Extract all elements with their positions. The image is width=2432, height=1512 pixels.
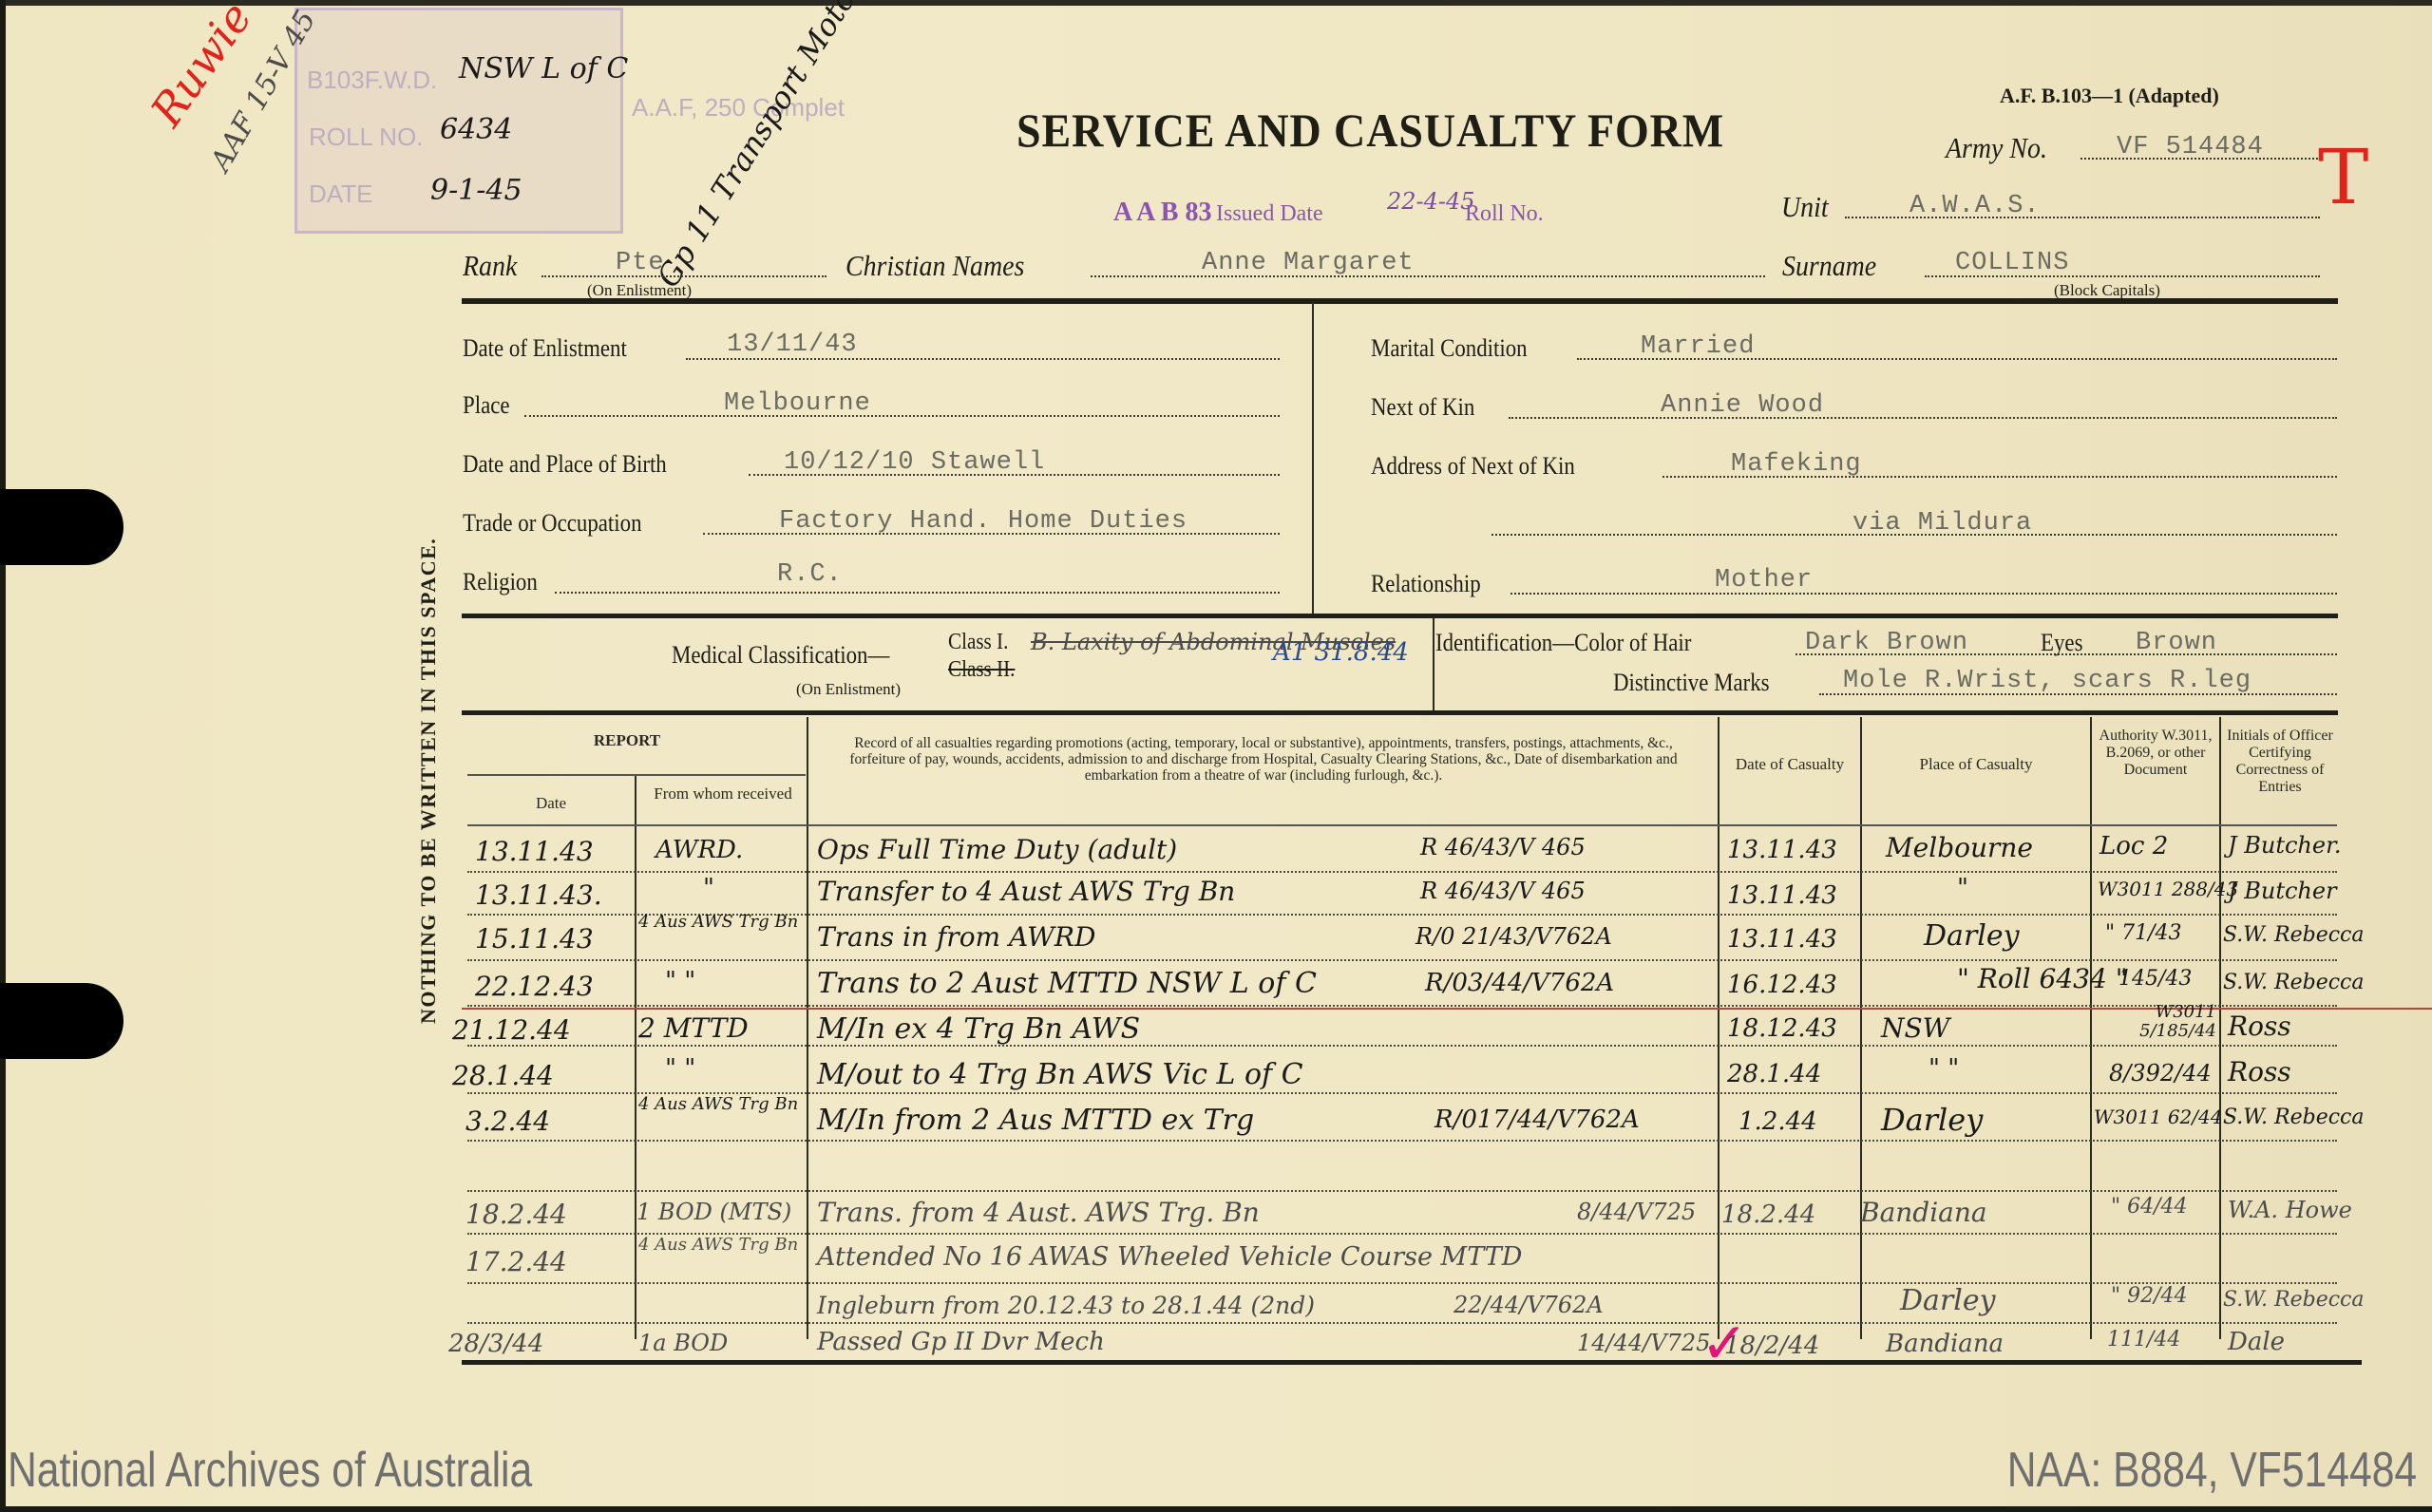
authority-header: Authority W.3011, B.2069, or other Docum… <box>2094 728 2217 779</box>
report-header: REPORT <box>513 731 741 749</box>
marks-value: Mole R.Wrist, scars R.leg <box>1843 667 2251 695</box>
row-initials: S.W. Rebecca <box>2223 1288 2364 1312</box>
row-from: AWRD. <box>655 836 743 864</box>
col-divider-date <box>635 774 636 1339</box>
birth-value: 10/12/10 Stawell <box>784 448 1045 477</box>
row-from: " <box>703 874 714 902</box>
row-date-casualty: 13.11.43 <box>1727 881 1837 910</box>
punch-hole-upper <box>0 489 123 565</box>
row-date-casualty: 13.11.43 <box>1727 925 1837 954</box>
christian-names-label: Christian Names <box>845 249 1024 283</box>
row-record: Ops Full Time Duty (adult) <box>817 834 1177 865</box>
row-date: 13.11.43. <box>475 879 602 911</box>
next-of-kin-label: Next of Kin <box>1371 393 1474 422</box>
row-initials: S.W. Rebecca <box>2223 1106 2364 1129</box>
row-line <box>467 1045 2337 1047</box>
row-initials: Ross <box>2228 1011 2291 1042</box>
enlistment-date-value: 13/11/43 <box>727 331 858 359</box>
medical-label: Medical Classification— <box>672 641 889 670</box>
medical-sublabel: (On Enlistment) <box>796 680 901 699</box>
class-one: Class I. <box>948 630 1008 655</box>
col-divider-from <box>807 717 808 1339</box>
row-place: Bandiana <box>1860 1197 1987 1228</box>
rank-line <box>541 275 826 277</box>
enlistment-date-label: Date of Enlistment <box>463 334 627 363</box>
date-casualty-header: Date of Casualty <box>1721 755 1858 773</box>
row-place: Darley <box>1900 1284 1996 1317</box>
row-from: 1a BOD <box>638 1330 728 1356</box>
row-date: 22.12.43 <box>475 971 594 1002</box>
row-record: M/out to 4 Trg Bn AWS Vic L of C <box>817 1058 1303 1091</box>
rank-value: Pte <box>616 249 665 277</box>
form-reference: A.F. B.103—1 (Adapted) <box>2000 84 2219 108</box>
card-edge-left <box>0 0 6 1512</box>
row-line <box>467 1190 2337 1192</box>
army-no-value: VF 514484 <box>2117 133 2264 161</box>
col-divider-place <box>2090 717 2092 1339</box>
row-authority: " 64/44 <box>2111 1195 2188 1219</box>
place-label: Place <box>463 391 510 420</box>
place-value: Melbourne <box>724 389 871 418</box>
row-record: M/In from 2 Aus MTTD ex Trg <box>817 1104 1254 1137</box>
row-date: 28/3/44 <box>448 1330 543 1358</box>
roll-no-label: ROLL NO. <box>309 123 423 152</box>
row-from: 4 Aus AWS Trg Bn <box>638 912 800 933</box>
surname-sublabel: (Block Capitals) <box>2054 281 2160 300</box>
card-edge-top <box>0 0 2432 6</box>
row-initials: J Butcher. <box>2228 832 2342 859</box>
row-place: Darley <box>1881 1102 1983 1138</box>
row-initials: W.A. Howe <box>2228 1197 2352 1223</box>
rank-label: Rank <box>463 249 517 283</box>
relationship-line <box>1510 593 2337 595</box>
row-initials: S.W. Rebecca <box>2223 971 2364 994</box>
medical-divider <box>1433 617 1434 712</box>
eyes-value: Brown <box>2136 629 2217 657</box>
row-from: " " <box>665 967 695 995</box>
hair-value: Dark Brown <box>1805 629 1968 657</box>
row-line <box>467 1140 2337 1142</box>
row-date-casualty: 18.12.43 <box>1727 1014 1837 1043</box>
stamp-date-value: 9-1-45 <box>430 174 522 207</box>
place-line <box>524 415 1280 417</box>
row-from: " " <box>665 1054 695 1083</box>
row-record: Ingleburn from 20.12.43 to 28.1.44 (2nd) <box>817 1292 1315 1319</box>
row-from: 4 Aus AWS Trg Bn <box>638 1094 800 1115</box>
header-rule <box>462 298 2338 304</box>
initials-header: Initials of Officer Certifying Correctne… <box>2223 728 2337 796</box>
row-date-casualty: 16.12.43 <box>1727 971 1837 999</box>
christian-names-value: Anne Margaret <box>1202 249 1415 277</box>
surname-label: Surname <box>1782 249 1876 283</box>
personal-divider <box>1312 302 1314 615</box>
report-subrule <box>467 774 806 776</box>
row-authority: 111/44 <box>2107 1328 2180 1351</box>
aab-issued-label: Issued Date <box>1216 201 1323 227</box>
row-ref: R/03/44/V762A <box>1425 969 1614 997</box>
row-date-casualty: 18/2/44 <box>1724 1332 1819 1360</box>
row-record: Passed Gp II Dvr Mech <box>817 1328 1105 1356</box>
row-authority: " 92/44 <box>2111 1284 2188 1308</box>
row-place: Darley <box>1924 919 2020 953</box>
occupation-label: Trade or Occupation <box>463 509 642 538</box>
row-record: Trans. from 4 Aust. AWS Trg. Bn <box>817 1197 1260 1228</box>
surname-value: COLLINS <box>1955 249 2069 277</box>
table-header-rule <box>467 824 2337 826</box>
row-record: M/In ex 4 Trg Bn AWS <box>817 1012 1140 1046</box>
row-ref: 8/44/V725 <box>1577 1199 1696 1225</box>
record-header: Record of all casualties regarding promo… <box>845 735 1681 784</box>
from-whom-header: From whom received <box>642 784 804 803</box>
row-date: 28.1.44 <box>452 1060 554 1091</box>
place-casualty-header: Place of Casualty <box>1864 755 2088 773</box>
row-place: " Roll 6434 " <box>1957 963 2128 994</box>
aab-issued-value: 22-4-45 <box>1387 188 1475 215</box>
row-date-casualty: 1.2.44 <box>1738 1107 1817 1136</box>
medical-rule <box>462 710 2338 715</box>
row-date-casualty: 13.11.43 <box>1727 836 1837 864</box>
next-of-kin-value: Annie Wood <box>1661 391 1824 420</box>
row-date: 21.12.44 <box>452 1014 571 1046</box>
row-date: 13.11.43 <box>475 836 594 867</box>
row-authority: 145/43 <box>2118 967 2192 991</box>
row-authority: W3011 288/43 <box>2098 878 2238 900</box>
row-ref: R/017/44/V762A <box>1434 1106 1640 1134</box>
archive-reference: NAA: B884, VF514484 <box>2007 1442 2417 1499</box>
next-of-kin-line <box>1509 417 2337 419</box>
card-edge-bottom <box>0 1506 2432 1512</box>
row-initials: Dale <box>2228 1328 2285 1356</box>
row-record: Trans to 2 Aust MTTD NSW L of C <box>817 967 1317 1000</box>
row-ref: 14/44/V725 <box>1577 1330 1710 1356</box>
row-record: Trans in from AWRD <box>817 921 1095 953</box>
fwd-stamp: B103F.W.D. NSW L of C ROLL NO. 6434 DATE… <box>294 8 623 234</box>
religion-label: Religion <box>463 568 538 596</box>
row-ref: 22/44/V762A <box>1453 1292 1604 1318</box>
row-initials: J Butcher <box>2228 878 2337 904</box>
religion-value: R.C. <box>777 560 843 589</box>
col-divider-record <box>1718 717 1719 1339</box>
fwd-stamp-label: B103F.W.D. <box>307 66 437 95</box>
row-line <box>467 959 2337 961</box>
unit-value: A.W.A.S. <box>1909 192 2041 220</box>
christian-names-line <box>1091 275 1765 277</box>
occupation-value: Factory Hand. Home Duties <box>779 507 1187 536</box>
row-record: Attended No 16 AWAS Wheeled Vehicle Cour… <box>817 1242 1522 1272</box>
army-no-label: Army No. <box>1946 131 2047 165</box>
row-place: NSW <box>1881 1012 1949 1044</box>
relationship-label: Relationship <box>1371 570 1481 598</box>
religion-line <box>555 592 1280 594</box>
row-date: 18.2.44 <box>465 1199 567 1230</box>
red-tick-mark: T <box>2318 133 2368 221</box>
row-initials: S.W. Rebecca <box>2223 923 2364 947</box>
row-from: 2 MTTD <box>638 1012 749 1044</box>
row-date-casualty: 18.2.44 <box>1721 1200 1815 1229</box>
aab-stamp-prefix: A A B 83 <box>1113 198 1211 228</box>
class-two: Class II. <box>948 657 1015 683</box>
aab-roll-label: Roll No. <box>1465 201 1544 227</box>
marital-label: Marital Condition <box>1371 334 1528 363</box>
row-authority: Loc 2 <box>2099 832 2168 860</box>
row-authority: W3011 62/44 <box>2094 1106 2222 1128</box>
row-date: 15.11.43 <box>475 923 594 954</box>
date-header: Date <box>467 794 635 812</box>
row-authority: 8/392/44 <box>2109 1060 2212 1087</box>
row-date: 17.2.44 <box>465 1246 567 1277</box>
nok-address-value: Mafeking <box>1731 450 1862 479</box>
nok-address-value-2: via Mildura <box>1852 509 2032 538</box>
service-casualty-form: B103F.W.D. NSW L of C ROLL NO. 6434 DATE… <box>0 0 2432 1512</box>
identification-label: Identification—Color of Hair <box>1435 629 1691 657</box>
roll-no-value: 6434 <box>440 113 512 146</box>
row-authority: W3011 5/185/44 <box>2098 1003 2216 1041</box>
row-line <box>467 871 2337 873</box>
row-line <box>467 1005 2337 1007</box>
row-place: " " <box>1928 1054 1959 1083</box>
marital-value: Married <box>1641 332 1755 361</box>
col-divider-datecas <box>1860 717 1862 1339</box>
rank-sublabel: (On Enlistment) <box>587 281 692 300</box>
row-date-casualty: 28.1.44 <box>1727 1060 1821 1088</box>
row-date: 3.2.44 <box>465 1106 550 1137</box>
distinctive-marks-label: Distinctive Marks <box>1613 669 1770 697</box>
eyes-label: Eyes <box>2041 629 2082 657</box>
birth-label: Date and Place of Birth <box>463 450 667 479</box>
col-divider-authority <box>2219 717 2221 1339</box>
unit-label: Unit <box>1781 190 1829 224</box>
row-initials: Ross <box>2228 1056 2291 1087</box>
aaf-stamp: A.A.F, 250 Complet <box>632 93 845 123</box>
row-place: Bandiana <box>1886 1330 2004 1358</box>
row-ref: R 46/43/V 465 <box>1420 878 1586 904</box>
row-ref: R/0 21/43/V762A <box>1415 923 1612 950</box>
row-line <box>467 1282 2337 1284</box>
row-from: 4 Aus AWS Trg Bn <box>638 1235 800 1256</box>
table-bottom-rule <box>462 1360 2362 1365</box>
row-from: 1 BOD (MTS) <box>636 1199 791 1225</box>
row-place: Melbourne <box>1886 832 2033 863</box>
personal-rule <box>462 614 2338 618</box>
row-place: " <box>1957 874 1968 902</box>
fwd-stamp-value: NSW L of C <box>459 52 628 85</box>
relationship-value: Mother <box>1715 566 1813 595</box>
medical-reclassification: A1 31.8.44 <box>1273 638 1409 667</box>
side-notice: NOTHING TO BE WRITTEN IN THIS SPACE. <box>416 538 441 1024</box>
nok-address-label: Address of Next of Kin <box>1371 452 1575 481</box>
row-authority: " 71/43 <box>2105 921 2182 945</box>
row-ref: R 46/43/V 465 <box>1420 834 1586 860</box>
row-record: Transfer to 4 Aust AWS Trg Bn <box>817 876 1235 907</box>
row-line <box>467 1322 2337 1324</box>
form-title: SERVICE AND CASUALTY FORM <box>1016 103 1724 158</box>
stamp-date-label: DATE <box>309 180 372 209</box>
punch-hole-lower <box>0 983 123 1059</box>
archive-name: National Archives of Australia <box>8 1442 532 1499</box>
